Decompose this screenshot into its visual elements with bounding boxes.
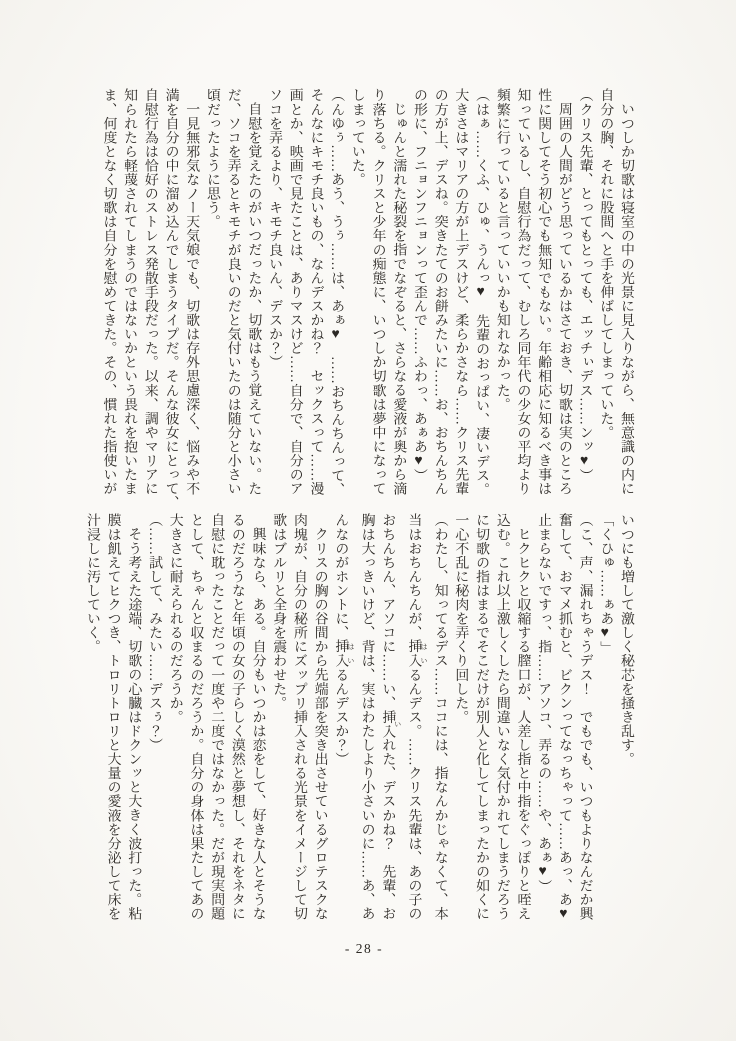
- text-column: 知られたら軽蔑されてしまうのではないかという畏れを抱いたま: [117, 88, 138, 494]
- text-column: ソコを弄るより、キモチ良いん、デスか？）: [262, 88, 283, 494]
- text-column: そんなにキモチ良いもの、なんデスかね？ セックスって……漫: [304, 88, 325, 494]
- text-column: 「くひゅ……ぁあ♥」: [594, 513, 615, 919]
- text-column: クリスの胸の谷間から先端部を突き出させているグロテスクな: [308, 513, 329, 919]
- text-column: 自慰に耽ったことだって一度や二度ではなかった。だが現実問題: [204, 513, 225, 919]
- text-column: 大きさに耐えられるのだろうか。: [163, 513, 184, 919]
- text-column: 知っているし、自慰行為だって、むしろ同年代の少女の平均より: [511, 88, 532, 494]
- text-column: として、ちゃんと収まるのだろうか。自分の身体は果たしてあの: [184, 513, 205, 919]
- text-column: 胸は大っきいけど、背は、実はわたしより小さいのに……あ、あ: [355, 513, 376, 919]
- text-column: 性に関してそう初心でも無知でもない。年齢相応に知るべき事は: [531, 88, 552, 494]
- text-column: いつにも増して激しく秘芯を掻き乱す。: [614, 513, 635, 919]
- text-column: に切歌の指はまるでそこだけが別人と化してしまったかの如くに: [469, 513, 490, 919]
- furigana-annotated-word: 挿入い: [379, 710, 394, 738]
- text-column: （クリス先輩、とってもとっても、エッチぃデス……ンッ♥）: [573, 88, 594, 494]
- text-column: 画とか、映画で見たことは、ありマスけど……自分で、自分のア: [283, 88, 304, 494]
- text-column: の形に、フニョンフニョンって歪んで……ふわっ、あぁあ♥）: [407, 88, 428, 494]
- text-column: 自分の胸、それに股間へと手を伸ばしてしまっていた。: [594, 88, 615, 494]
- text-column: （んゆぅ……あう、うぅ……は、あぁ♥ ……おちんちんって、: [324, 88, 345, 494]
- furigana-annotated-word: 挿入はい: [405, 639, 420, 667]
- text-column: 汁浸しに汚していく。: [80, 513, 101, 919]
- text-column: 奮して、おマメ抓むと、ビクンってなっちゃって……あっ、あ♥: [552, 513, 573, 919]
- text-column: 込む。これ以上激しくしたら間違いなく気付かれてしまうだろう: [490, 513, 511, 919]
- text-column: （……試して、みたい……デスぅ？）: [142, 513, 163, 919]
- text-column: （はぁ……くふ、ひゅ、うんっ♥ 先輩のおっぱい、凄いデス。: [469, 88, 490, 494]
- text-column: 一見無邪気なノー天気娘でも、切歌は存外思慮深く、悩みや不: [180, 88, 201, 494]
- text-column: 当はおちんちんが、挿入はいるんデス。……クリス先輩は、あの子の: [402, 513, 428, 919]
- text-column: だ、ソコを弄るとキモチが良いのだと気付いたのは随分と小さい: [221, 88, 242, 494]
- text-block-lower: いつにも増して激しく秘芯を掻き乱す。「くひゅ……ぁあ♥」（こ、声、漏れちゃうデス…: [95, 513, 635, 919]
- text-column: 満を自分の中に溜め込んでしまうタイプだ。そんな彼女にとって、: [159, 88, 180, 494]
- scanned-page: いつしか切歌は寝室の中の光景に見入りながら、無意識の内に自分の胸、それに股間へと…: [0, 0, 736, 1041]
- text-column: んなのがホントに、挿入はいるんデスか？）: [329, 513, 355, 919]
- text-column: 膜は飢えてヒクつき、トロリトロリと大量の愛液を分泌して床を: [101, 513, 122, 919]
- text-column: 周囲の人間がどう思っているかはさておき、切歌は実のところ: [552, 88, 573, 494]
- text-column: るのだろうなと年頃の女の子らしく漠然と夢想し、それをネタに: [225, 513, 246, 919]
- text-column: ま、何度となく切歌は自分を慰めてきた。その、慣れた指使いが: [97, 88, 118, 494]
- text-column: （こ、声、漏れちゃうデス！ でもでも、いつもよりなんだか興: [573, 513, 594, 919]
- text-column: じゅんと濡れた秘裂を指でなぞると、さらなる愛液が奥から滴: [387, 88, 408, 494]
- text-column: 興味なら、ある。自分もいつかは恋をして、好きな人とそうな: [246, 513, 267, 919]
- text-column: 大きさはマリアの方が上デスけど、柔らかさなら……クリス先輩: [449, 88, 470, 494]
- text-column: そう考えた途端、切歌の心臓はドクンッと大きく波打った。粘: [122, 513, 143, 919]
- page-number: - 28 -: [91, 941, 637, 957]
- text-block-upper: いつしか切歌は寝室の中の光景に見入りながら、無意識の内に自分の胸、それに股間へと…: [95, 88, 635, 494]
- text-column: （わたし、知ってるデス……ココには、指なんかじゃなくて、本: [428, 513, 449, 919]
- text-column: 頻繁に行っていると言っていいかも知れなかった。: [490, 88, 511, 494]
- text-column: り落ちる。クリスと少年の痴態に、いつしか切歌は夢中になって: [366, 88, 387, 494]
- text-column: 肉塊が、自分の秘所にズップリ挿入される光景をイメージして切: [287, 513, 308, 919]
- text-column: おちんちん、アソコに……い、挿入いれた、デスかね？ 先輩、お: [376, 513, 402, 919]
- text-column: 自慰行為は恰好のストレス発散手段だった。以来、調やマリアに: [138, 88, 159, 494]
- text-column: 一心不乱に秘肉を弄くり回した。: [449, 513, 470, 919]
- text-column: いつしか切歌は寝室の中の光景に見入りながら、無意識の内に: [614, 88, 635, 494]
- text-column: 頃だったように思う。: [200, 88, 221, 494]
- text-column: 自慰を覚えたのがいつだったか、切歌はもう覚えていない。た: [242, 88, 263, 494]
- furigana-annotated-word: 挿入はい: [332, 639, 347, 667]
- text-column: しまっていた。: [345, 88, 366, 494]
- text-column: ヒクヒクと収縮する膣口が、人差し指と中指をぐっぽりと咥え: [511, 513, 532, 919]
- text-column: 歌はブルリと全身を震わせた。: [267, 513, 288, 919]
- text-column: の方が上、デスね。突きたてのお餅みたいに……お、おちんちん: [428, 88, 449, 494]
- text-column: 止まらないですっ、指……アソコ、弄るの……や、あぁ♥）: [531, 513, 552, 919]
